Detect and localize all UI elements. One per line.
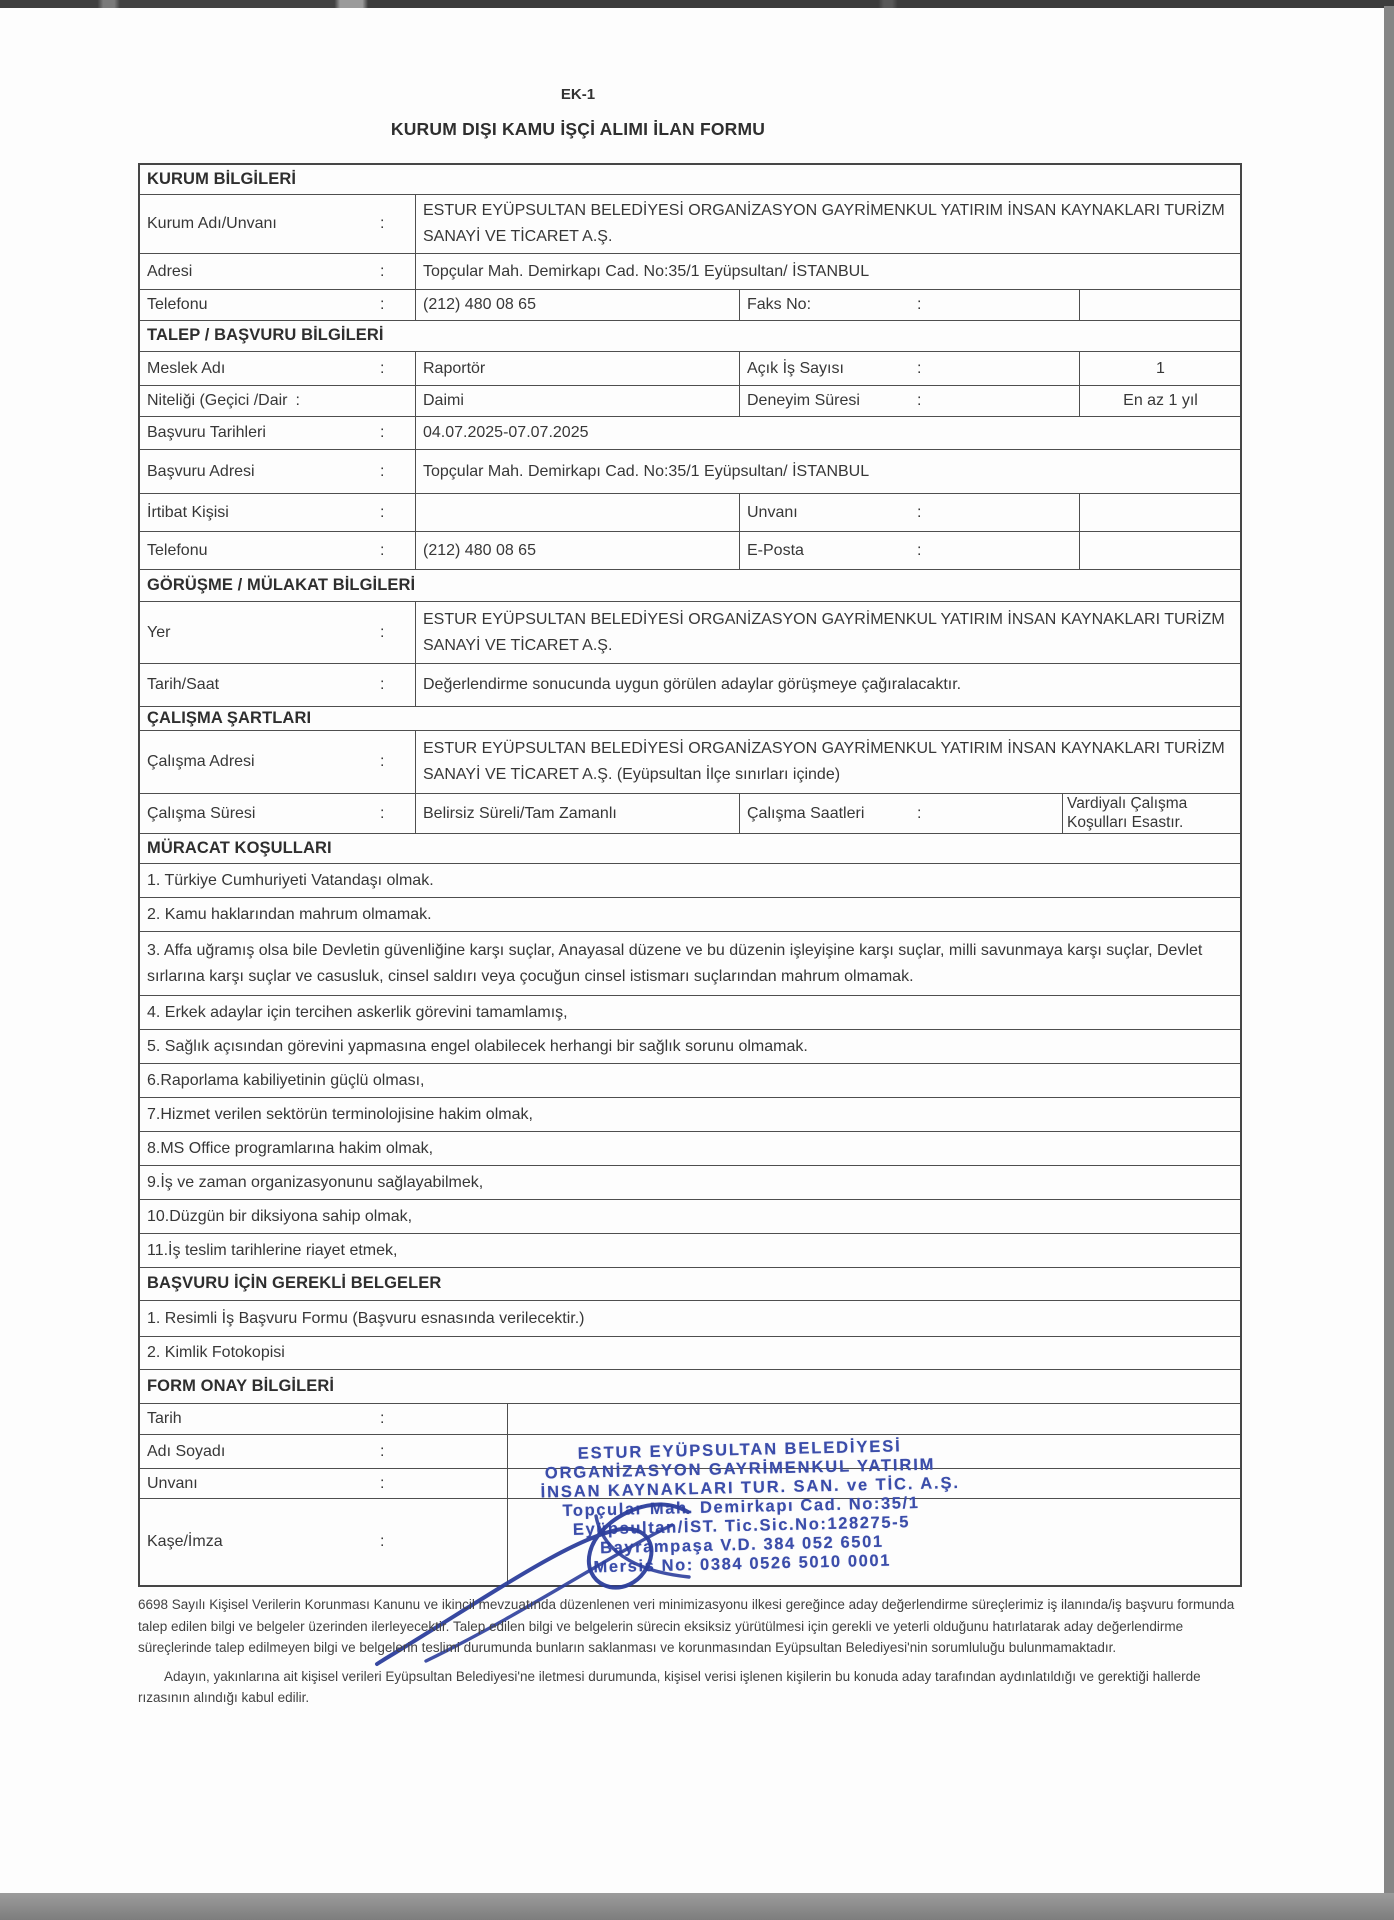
field-label2-cell: Açık İş Sayısı :: [739, 352, 1079, 385]
form-title: KURUM DIŞI KAMU İŞÇİ ALIMI İLAN FORMU: [138, 119, 1018, 140]
list-item: 3. Affa uğramış olsa bile Devletin güven…: [140, 932, 1240, 996]
condition-text: 9.İş ve zaman organizasyonunu sağlayabil…: [140, 1166, 1240, 1199]
section-title: BAŞVURU İÇİN GEREKLİ BELGELER: [140, 1272, 441, 1296]
field-value2: Vardiyalı Çalışma Koşulları Esastır.: [1062, 794, 1240, 833]
colon-separator: :: [380, 260, 384, 283]
condition-text: 2. Kamu haklarından mahrum olmamak.: [140, 898, 1240, 931]
row-meslek-adi: Meslek Adı : Raportör Açık İş Sayısı : 1: [140, 352, 1240, 386]
list-item: 7.Hizmet verilen sektörün terminolojisin…: [140, 1098, 1240, 1132]
field-label: Yer: [147, 621, 380, 644]
field-value: Değerlendirme sonucunda uygun görülen ad…: [415, 664, 1240, 706]
list-item: 2. Kamu haklarından mahrum olmamak.: [140, 898, 1240, 932]
section-title: TALEP / BAŞVURU BİLGİLERİ: [140, 324, 384, 348]
colon-separator: :: [380, 460, 384, 483]
list-item: 5. Sağlık açısından görevini yapmasına e…: [140, 1030, 1240, 1064]
field-label: Meslek Adı: [147, 357, 380, 380]
colon-separator: :: [380, 357, 384, 380]
field-label-cell: Çalışma Süresi :: [140, 794, 415, 833]
colon-separator: :: [380, 750, 384, 773]
row-telefonu-eposta: Telefonu : (212) 480 08 65 E-Posta :: [140, 532, 1240, 570]
colon-separator: :: [917, 802, 921, 825]
field-label: İrtibat Kişisi: [147, 501, 380, 524]
field-value: ESTUR EYÜPSULTAN BELEDİYESİ ORGANİZASYON…: [415, 731, 1240, 793]
list-item: 1. Türkiye Cumhuriyeti Vatandaşı olmak.: [140, 864, 1240, 898]
field-value2: [1079, 532, 1240, 569]
row-telefonu-faks: Telefonu : (212) 480 08 65 Faks No: :: [140, 290, 1240, 321]
colon-separator: :: [380, 802, 384, 825]
scan-artifact-right-edge: [1384, 6, 1394, 1893]
field-label-cell: Başvuru Tarihleri :: [140, 417, 415, 449]
list-item: 10.Düzgün bir diksiyona sahip olmak,: [140, 1200, 1240, 1234]
field-label: Başvuru Adresi: [147, 460, 380, 483]
section-header-muracat-kosullari: MÜRACAT KOŞULLARI: [140, 834, 1240, 864]
condition-text: 6.Raporlama kabiliyetinin güçlü olması,: [140, 1064, 1240, 1097]
field-value: Topçular Mah. Demirkapı Cad. No:35/1 Eyü…: [415, 450, 1240, 493]
field-value: [507, 1469, 1240, 1498]
row-yer: Yer : ESTUR EYÜPSULTAN BELEDİYESİ ORGANİ…: [140, 602, 1240, 664]
field-label: Başvuru Tarihleri: [147, 421, 380, 444]
field-label-cell: Çalışma Adresi :: [140, 731, 415, 793]
field-value2: [1079, 494, 1240, 531]
field-label: Unvanı: [147, 1472, 380, 1495]
list-item: 9.İş ve zaman organizasyonunu sağlayabil…: [140, 1166, 1240, 1200]
condition-text: 7.Hizmet verilen sektörün terminolojisin…: [140, 1098, 1240, 1131]
section-header-gorusme-mulakat: GÖRÜŞME / MÜLAKAT BİLGİLERİ: [140, 570, 1240, 602]
field-value2: [1079, 290, 1240, 320]
field-label-cell: Meslek Adı :: [140, 352, 415, 385]
colon-separator: :: [380, 1440, 384, 1463]
colon-separator: :: [917, 501, 921, 524]
field-label: Çalışma Saatleri: [747, 802, 917, 825]
field-label: Kaşe/İmza: [147, 1530, 380, 1553]
field-value: Belirsiz Süreli/Tam Zamanlı: [415, 794, 739, 833]
section-header-form-onay: FORM ONAY BİLGİLERİ: [140, 1370, 1240, 1404]
row-kase-imza: Kaşe/İmza :: [140, 1499, 1240, 1585]
field-value: ESTUR EYÜPSULTAN BELEDİYESİ ORGANİZASYON…: [415, 195, 1240, 253]
field-value: (212) 480 08 65: [415, 290, 739, 320]
field-label-cell: Adı Soyadı :: [140, 1435, 507, 1468]
field-label-cell: Adresi :: [140, 254, 415, 289]
colon-separator: :: [380, 1530, 384, 1553]
colon-separator: :: [917, 389, 921, 412]
field-label-cell: Tarih/Saat :: [140, 664, 415, 706]
field-label: Çalışma Süresi: [147, 802, 380, 825]
row-kurum-adi-unvani: Kurum Adı/Unvanı : ESTUR EYÜPSULTAN BELE…: [140, 195, 1240, 254]
field-label-cell: Telefonu :: [140, 290, 415, 320]
section-title: FORM ONAY BİLGİLERİ: [140, 1375, 334, 1399]
field-label: E-Posta: [747, 539, 917, 562]
field-label-cell: Yer :: [140, 602, 415, 663]
colon-separator: :: [380, 293, 384, 316]
list-item: 8.MS Office programlarına hakim olmak,: [140, 1132, 1240, 1166]
row-adi-soyadi: Adı Soyadı :: [140, 1435, 1240, 1469]
colon-separator: :: [917, 293, 921, 316]
field-label: Faks No:: [747, 293, 917, 316]
field-label: Kurum Adı/Unvanı: [147, 212, 380, 235]
field-label2-cell: Deneyim Süresi :: [739, 386, 1079, 416]
colon-separator: :: [917, 357, 921, 380]
colon-separator: :: [380, 539, 384, 562]
form-table: KURUM BİLGİLERİ Kurum Adı/Unvanı : ESTUR…: [138, 163, 1242, 1587]
field-value: [507, 1435, 1240, 1468]
section-header-talep-basvuru: TALEP / BAŞVURU BİLGİLERİ: [140, 321, 1240, 352]
field-label2-cell: E-Posta :: [739, 532, 1079, 569]
colon-separator: :: [380, 1472, 384, 1495]
field-value: ESTUR EYÜPSULTAN BELEDİYESİ ORGANİZASYON…: [415, 602, 1240, 663]
colon-separator: :: [380, 621, 384, 644]
field-label: Deneyim Süresi: [747, 389, 917, 412]
field-value2: 1: [1079, 352, 1240, 385]
field-value: Raportör: [415, 352, 739, 385]
condition-text: 4. Erkek adaylar için tercihen askerlik …: [140, 996, 1240, 1029]
field-label-cell: Başvuru Adresi :: [140, 450, 415, 493]
condition-text: 11.İş teslim tarihlerine riayet etmek,: [140, 1234, 1240, 1267]
condition-text: 3. Affa uğramış olsa bile Devletin güven…: [140, 932, 1240, 995]
row-calisma-suresi: Çalışma Süresi : Belirsiz Süreli/Tam Zam…: [140, 794, 1240, 834]
footer-paragraph: Adayın, yakınlarına ait kişisel verileri…: [138, 1666, 1252, 1709]
field-label-cell: Telefonu :: [140, 532, 415, 569]
colon-separator: :: [380, 501, 384, 524]
kvkk-footer: 6698 Sayılı Kişisel Verilerin Korunması …: [138, 1594, 1252, 1709]
section-title: KURUM BİLGİLERİ: [140, 168, 296, 192]
field-label-cell: Tarih :: [140, 1404, 507, 1434]
field-value: Topçular Mah. Demirkapı Cad. No:35/1 Eyü…: [415, 254, 1240, 289]
field-value: 04.07.2025-07.07.2025: [415, 417, 1240, 449]
field-label-cell: Unvanı :: [140, 1469, 507, 1498]
scan-artifact-bottom-edge: [0, 1893, 1394, 1920]
row-tarih-saat: Tarih/Saat : Değerlendirme sonucunda uyg…: [140, 664, 1240, 707]
section-header-calisma-sartlari: ÇALIŞMA ŞARTLARI: [140, 707, 1240, 731]
colon-separator: :: [380, 212, 384, 235]
footer-paragraph: 6698 Sayılı Kişisel Verilerin Korunması …: [138, 1594, 1252, 1659]
field-label: Açık İş Sayısı: [747, 357, 917, 380]
colon-separator: :: [380, 673, 384, 696]
field-label: Çalışma Adresi: [147, 750, 380, 773]
row-tarih: Tarih :: [140, 1404, 1240, 1435]
scanned-document-page: EK-1 KURUM DIŞI KAMU İŞÇİ ALIMI İLAN FOR…: [0, 0, 1394, 1920]
section-title: MÜRACAT KOŞULLARI: [140, 837, 332, 861]
list-item: 1. Resimli İş Başvuru Formu (Başvuru esn…: [140, 1301, 1240, 1337]
document-header: EK-1 KURUM DIŞI KAMU İŞÇİ ALIMI İLAN FOR…: [138, 86, 1018, 140]
colon-separator: :: [917, 539, 921, 562]
row-calisma-adresi: Çalışma Adresi : ESTUR EYÜPSULTAN BELEDİ…: [140, 731, 1240, 794]
field-label-cell: İrtibat Kişisi :: [140, 494, 415, 531]
row-irtibat-kisisi: İrtibat Kişisi : Unvanı :: [140, 494, 1240, 532]
condition-text: 5. Sağlık açısından görevini yapmasına e…: [140, 1030, 1240, 1063]
condition-text: 1. Türkiye Cumhuriyeti Vatandaşı olmak.: [140, 864, 1240, 897]
ek-label: EK-1: [138, 86, 1018, 103]
field-label: Adı Soyadı: [147, 1440, 380, 1463]
field-label2-cell: Çalışma Saatleri :: [739, 794, 1062, 833]
field-label: Niteliği (Geçici /Dair: [147, 389, 287, 412]
row-adresi: Adresi : Topçular Mah. Demirkapı Cad. No…: [140, 254, 1240, 290]
field-label-cell: Kurum Adı/Unvanı :: [140, 195, 415, 253]
field-label2-cell: Unvanı :: [739, 494, 1079, 531]
row-basvuru-tarihleri: Başvuru Tarihleri : 04.07.2025-07.07.202…: [140, 417, 1240, 450]
list-item: 11.İş teslim tarihlerine riayet etmek,: [140, 1234, 1240, 1268]
condition-text: 10.Düzgün bir diksiyona sahip olmak,: [140, 1200, 1240, 1233]
colon-separator: :: [295, 389, 299, 412]
list-item: 6.Raporlama kabiliyetinin güçlü olması,: [140, 1064, 1240, 1098]
document-text: 2. Kimlik Fotokopisi: [140, 1337, 1240, 1369]
scan-artifact-top-edge: [0, 0, 1394, 8]
section-header-gerekli-belgeler: BAŞVURU İÇİN GEREKLİ BELGELER: [140, 1268, 1240, 1301]
list-item: 2. Kimlik Fotokopisi: [140, 1337, 1240, 1370]
field-label: Unvanı: [747, 501, 917, 524]
section-title: ÇALIŞMA ŞARTLARI: [140, 707, 311, 731]
section-header-kurum-bilgileri: KURUM BİLGİLERİ: [140, 165, 1240, 195]
field-value: [415, 494, 739, 531]
field-label: Tarih/Saat: [147, 673, 380, 696]
field-label-cell: Kaşe/İmza :: [140, 1499, 507, 1585]
field-label: Telefonu: [147, 539, 380, 562]
condition-text: 8.MS Office programlarına hakim olmak,: [140, 1132, 1240, 1165]
row-unvani: Unvanı :: [140, 1469, 1240, 1499]
list-item: 4. Erkek adaylar için tercihen askerlik …: [140, 996, 1240, 1030]
field-value: Daimi: [415, 386, 739, 416]
document-text: 1. Resimli İş Başvuru Formu (Başvuru esn…: [140, 1301, 1240, 1336]
field-value: (212) 480 08 65: [415, 532, 739, 569]
colon-separator: :: [380, 421, 384, 444]
field-label: Tarih: [147, 1407, 380, 1430]
field-label-cell: Niteliği (Geçici /Dair :: [140, 386, 415, 416]
field-label: Telefonu: [147, 293, 380, 316]
row-basvuru-adresi: Başvuru Adresi : Topçular Mah. Demirkapı…: [140, 450, 1240, 494]
field-label2-cell: Faks No: :: [739, 290, 1079, 320]
field-value: [507, 1404, 1240, 1434]
field-value: [507, 1499, 1240, 1585]
field-value2: En az 1 yıl: [1079, 386, 1240, 416]
row-niteligi: Niteliği (Geçici /Dair : Daimi Deneyim S…: [140, 386, 1240, 417]
section-title: GÖRÜŞME / MÜLAKAT BİLGİLERİ: [140, 574, 415, 598]
field-label: Adresi: [147, 260, 380, 283]
colon-separator: :: [380, 1407, 384, 1430]
